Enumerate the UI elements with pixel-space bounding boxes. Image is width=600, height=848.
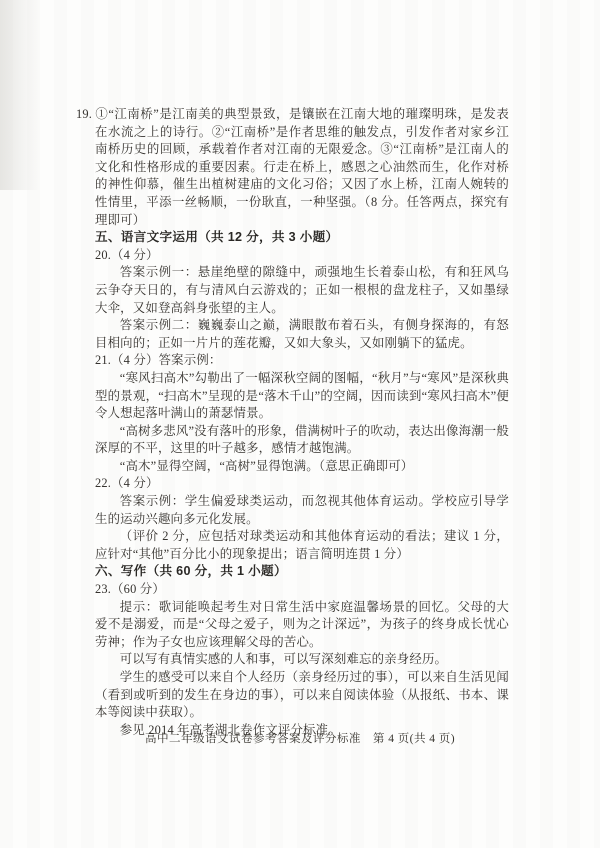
scanned-exam-answer-page: 19.①“江南桥”是江南美的典型景致，是镶嵌在江南大地的璀璨明珠，是发表在水流之…: [0, 0, 600, 848]
page-footer: 高中二年级语文试卷参考答案及评分标准 第 4 页(共 4 页): [0, 730, 600, 746]
item-20-example-1: 答案示例一：悬崖绝壁的隙缝中，顽强地生长着泰山松，有和狂风乌云争夺天日的，有与清…: [95, 264, 509, 317]
item-23-hint: 提示：歌词能唤起考生对日常生活中家庭温馨场景的回忆。父母的大爱不是溺爱，而是“父…: [95, 599, 509, 652]
section-6-heading: 六、写作（共 60 分，共 1 小题）: [95, 563, 509, 581]
item-21-para-2: “高树多悲风”没有落叶的形象，借满树叶子的吹动，表达出像海潮一般深厚的不平，这里…: [95, 423, 509, 458]
item-23-para-3: 学生的感受可以来自个人经历（亲身经历过的事），可以来自生活见闻（看到或听到的发生…: [95, 669, 509, 722]
item-19-answer: 19.①“江南桥”是江南美的典型景致，是镶嵌在江南大地的璀璨明珠，是发表在水流之…: [95, 106, 509, 229]
item-22-scoring-note: （评价 2 分，应包括对球类运动和其他体育运动的看法；建议 1 分，应针对“其他…: [95, 528, 509, 563]
item-23-para-2: 可以写有真情实感的人和事，可以写深刻难忘的亲身经历。: [95, 651, 509, 669]
item-19-text: ①“江南桥”是江南美的典型景致，是镶嵌在江南大地的璀璨明珠，是发表在水流之上的诗…: [95, 107, 509, 227]
item-19-number: 19.: [76, 106, 95, 124]
item-20-number: 20.（4 分）: [95, 247, 509, 265]
item-21-para-1: “寒风扫高木”勾勒出了一幅深秋空阔的图幅，“秋月”与“寒风”是深秋典型的景观，“…: [95, 370, 509, 423]
item-22-number: 22.（4 分）: [95, 475, 509, 493]
item-20-example-2: 答案示例二：巍巍泰山之巅，满眼散布着石头，有侧身探海的，有怒目相向的；正如一片片…: [95, 317, 509, 352]
item-22-example: 答案示例：学生偏爱球类运动，而忽视其他体育运动。学校应引导学生的运动兴趣向多元化…: [95, 493, 509, 528]
item-21-para-3: “高木”显得空阔，“高树”显得饱满。（意思正确即可）: [95, 458, 509, 476]
item-21-number: 21.（4 分）答案示例：: [95, 352, 509, 370]
section-5-heading: 五、语言文字运用（共 12 分，共 3 小题）: [95, 229, 509, 247]
item-23-number: 23.（60 分）: [95, 581, 509, 599]
answer-content-column: 19.①“江南桥”是江南美的典型景致，是镶嵌在江南大地的璀璨明珠，是发表在水流之…: [95, 106, 509, 739]
